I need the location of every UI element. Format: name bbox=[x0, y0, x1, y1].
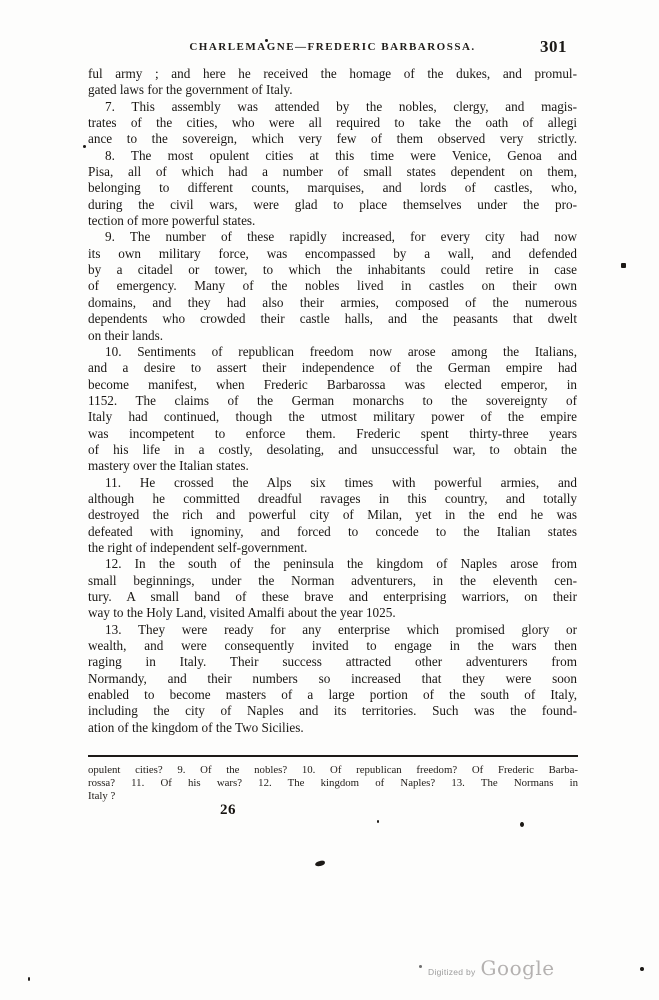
digitized-by-label: Digitized by bbox=[428, 967, 476, 977]
text-line: 12. In the south of the peninsula the ki… bbox=[88, 556, 577, 572]
paragraph: 7. This assembly was attended by the nob… bbox=[88, 99, 577, 148]
text-line: the right of independent self-government… bbox=[88, 540, 577, 556]
ink-speck bbox=[621, 263, 626, 268]
text-line: 10. Sentiments of republican freedom now… bbox=[88, 344, 577, 360]
ink-speck bbox=[640, 967, 644, 971]
google-watermark: Digitized by Google bbox=[428, 956, 555, 980]
text-line: including the city of Naples and its ter… bbox=[88, 703, 577, 719]
ink-speck bbox=[265, 39, 268, 42]
running-header-title: CHARLEMAGNE—FREDERIC BARBAROSSA. bbox=[88, 41, 577, 53]
ink-speck bbox=[83, 145, 86, 148]
ink-speck bbox=[419, 965, 422, 968]
text-line: 1152. The claims of the German monarchs … bbox=[88, 393, 577, 409]
text-line: dependents who crowded their castle hall… bbox=[88, 311, 577, 327]
text-line: ance to the sovereign, which very few of… bbox=[88, 131, 577, 147]
text-line: on their lands. bbox=[88, 328, 577, 344]
text-line: Normandy, and their numbers so increased… bbox=[88, 671, 577, 687]
text-line: by a citadel or tower, to which the inha… bbox=[88, 262, 577, 278]
footnote-line: opulent cities? 9. Of the nobles? 10. Of… bbox=[88, 764, 578, 777]
ink-speck bbox=[28, 977, 30, 981]
text-line: raging in Italy. Their success attracted… bbox=[88, 654, 577, 670]
footnote: opulent cities? 9. Of the nobles? 10. Of… bbox=[88, 764, 578, 804]
paragraph: 10. Sentiments of republican freedom now… bbox=[88, 344, 577, 475]
paragraph: 9. The number of these rapidly increased… bbox=[88, 229, 577, 343]
text-line: gated laws for the government of Italy. bbox=[88, 82, 577, 98]
text-line: 11. He crossed the Alps six times with p… bbox=[88, 475, 577, 491]
text-line: trates of the cities, who were all requi… bbox=[88, 115, 577, 131]
footnote-line: rossa? 11. Of his wars? 12. The kingdom … bbox=[88, 777, 578, 790]
ink-speck bbox=[520, 822, 524, 827]
footnote-divider bbox=[88, 755, 578, 757]
text-line: ation of the kingdom of the Two Sicilies… bbox=[88, 720, 577, 736]
footnote-line: Italy ? bbox=[88, 790, 578, 803]
ink-speck bbox=[377, 820, 379, 823]
text-line: Pisa, all of which had a number of small… bbox=[88, 164, 577, 180]
text-line: of emergency. Many of the nobles lived i… bbox=[88, 278, 577, 294]
body-text: ful army ; and here he received the homa… bbox=[88, 66, 577, 736]
text-line: ful army ; and here he received the homa… bbox=[88, 66, 577, 82]
text-line: tury. A small band of these brave and en… bbox=[88, 589, 577, 605]
text-line: its own military force, was encompassed … bbox=[88, 246, 577, 262]
paragraph: 11. He crossed the Alps six times with p… bbox=[88, 475, 577, 557]
paragraph: ful army ; and here he received the homa… bbox=[88, 66, 577, 99]
text-line: become manifest, when Frederic Barbaross… bbox=[88, 377, 577, 393]
text-line: 8. The most opulent cities at this time … bbox=[88, 148, 577, 164]
text-line: 13. They were ready for any enterprise w… bbox=[88, 622, 577, 638]
text-line: defeated with ignominy, and forced to co… bbox=[88, 524, 577, 540]
page-number: 301 bbox=[540, 37, 567, 57]
text-line: of his life in a costly, desolating, and… bbox=[88, 442, 577, 458]
google-logo: Google bbox=[481, 956, 555, 980]
ink-speck bbox=[315, 860, 326, 867]
text-line: Italy had continued, though the utmost m… bbox=[88, 409, 577, 425]
text-line: way to the Holy Land, visited Amalfi abo… bbox=[88, 605, 577, 621]
text-line: during the civil wars, were glad to plac… bbox=[88, 197, 577, 213]
text-line: tection of more powerful states. bbox=[88, 213, 577, 229]
text-line: enabled to become masters of a large por… bbox=[88, 687, 577, 703]
signature-mark: 26 bbox=[220, 802, 236, 819]
running-header: CHARLEMAGNE—FREDERIC BARBAROSSA. 301 bbox=[88, 41, 577, 59]
book-page-scan: CHARLEMAGNE—FREDERIC BARBAROSSA. 301 ful… bbox=[0, 0, 659, 1000]
text-line: wealth, and were consequently invited to… bbox=[88, 638, 577, 654]
text-line: domains, and they had also their armies,… bbox=[88, 295, 577, 311]
text-line: 7. This assembly was attended by the nob… bbox=[88, 99, 577, 115]
text-line: belonging to different counts, marquises… bbox=[88, 180, 577, 196]
text-line: was incompetent to enforce them. Frederi… bbox=[88, 426, 577, 442]
text-line: and a desire to assert their independenc… bbox=[88, 360, 577, 376]
text-line: although he committed dreadful ravages i… bbox=[88, 491, 577, 507]
paragraph: 12. In the south of the peninsula the ki… bbox=[88, 556, 577, 621]
paragraph: 8. The most opulent cities at this time … bbox=[88, 148, 577, 230]
text-line: small beginnings, under the Norman adven… bbox=[88, 573, 577, 589]
text-line: destroyed the rich and powerful city of … bbox=[88, 507, 577, 523]
text-line: 9. The number of these rapidly increased… bbox=[88, 229, 577, 245]
text-line: mastery over the Italian states. bbox=[88, 458, 577, 474]
paragraph: 13. They were ready for any enterprise w… bbox=[88, 622, 577, 736]
